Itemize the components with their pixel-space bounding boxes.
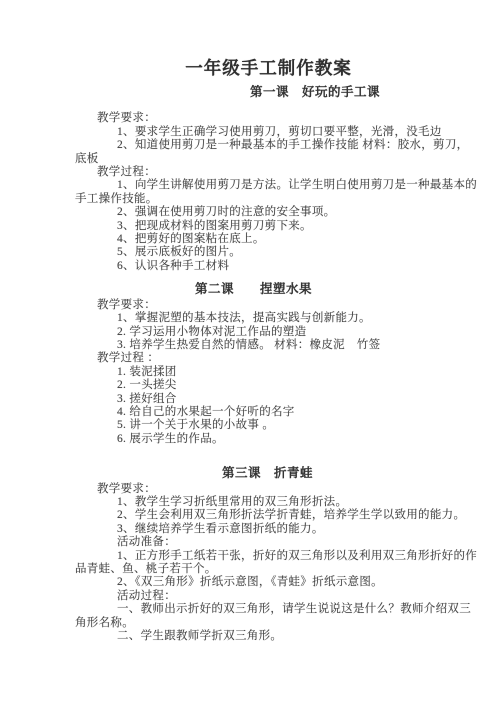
lesson-section: 第一课 好玩的手工课 教学要求：1、要求学生正确学习使用剪刀，剪切口要平整，光滑… [75, 86, 448, 273]
lesson-heading: 第一课 好玩的手工课 [250, 86, 448, 99]
doc-line: 教学过程 ： [75, 352, 448, 365]
doc-line: 品青蛙、鱼、桃子若干个。 [75, 563, 448, 576]
doc-line: 1、要求学生正确学习使用剪刀，剪切口要平整，光滑，没毛边 [75, 126, 448, 139]
doc-line: 1、教学生学习折纸里常用的双三角形折法。 [75, 496, 448, 509]
lesson-section: 第二课 捏塑水果 教学要求：1、掌握泥塑的基本技法，提高实践与创新能力。2. 学… [75, 283, 448, 446]
lesson-lines: 教学要求：1、要求学生正确学习使用剪刀，剪切口要平整，光滑，没毛边2、知道使用剪… [75, 112, 448, 273]
doc-line: 2、学生会利用双三角形折法学折青蛙，培养学生学以致用的能力。 [75, 509, 448, 522]
document-body: 第一课 好玩的手工课 教学要求：1、要求学生正确学习使用剪刀，剪切口要平整，光滑… [75, 86, 448, 643]
lesson-section: 第三课 折青蛙 教学要求：1、教学生学习折纸里常用的双三角形折法。2、学生会利用… [75, 467, 448, 643]
doc-line: 3、把现成材料的图案用剪刀剪下来。 [75, 220, 448, 233]
lesson-heading: 第三课 折青蛙 [222, 467, 448, 480]
document-content: 一年级手工制作教案 第一课 好玩的手工课 教学要求：1、要求学生正确学习使用剪刀… [0, 0, 500, 643]
doc-line: 6、认识各种手工材料 [75, 260, 448, 273]
lesson-lines: 教学要求：1、教学生学习折纸里常用的双三角形折法。2、学生会利用双三角形折法学折… [75, 483, 448, 644]
doc-line: 活动准备： [75, 536, 448, 549]
doc-line: 一、教师出示折好的双三角形，请学生说说这是什么？教师介绍双三 [75, 603, 448, 616]
doc-line: 教学过程： [75, 166, 448, 179]
lesson-lines: 教学要求：1、掌握泥塑的基本技法，提高实践与创新能力。2. 学习运用小物体对泥工… [75, 299, 448, 446]
doc-line: 手工操作技能。 [75, 193, 448, 206]
doc-line: 1、掌握泥塑的基本技法，提高实践与创新能力。 [75, 312, 448, 325]
doc-line: 4. 给自己的水果起一个好听的名字 [75, 406, 448, 419]
doc-line: 3. 培养学生热爱自然的情感。 材料：橡皮泥 竹签 [75, 339, 448, 352]
doc-line: 3、继续培养学生看示意图折纸的能力。 [75, 523, 448, 536]
doc-line: 教学要求： [75, 299, 448, 312]
doc-line: 活动过程： [75, 590, 448, 603]
doc-line: 1. 装泥揉团 [75, 366, 448, 379]
doc-line: 教学要求： [75, 112, 448, 125]
doc-line: 1、正方形手工纸若干张，折好的双三角形以及利用双三角形折好的作 [75, 550, 448, 563]
doc-line: 6. 展示学生的作品。 [75, 433, 448, 446]
document-title: 一年级手工制作教案 [82, 56, 455, 80]
doc-line: 角形名称。 [75, 617, 448, 630]
doc-line: 2、《双三角形》折纸示意图，《青蛙》折纸示意图。 [75, 576, 448, 589]
doc-line: 5、展示底板好的图片。 [75, 246, 448, 259]
document-page: 一年级手工制作教案 第一课 好玩的手工课 教学要求：1、要求学生正确学习使用剪刀… [0, 0, 500, 707]
doc-line: 3. 搓好组合 [75, 393, 448, 406]
doc-line: 2. 学习运用小物体对泥工作品的塑造 [75, 326, 448, 339]
doc-line: 2、强调在使用剪刀时的注意的安全事项。 [75, 206, 448, 219]
doc-line: 教学要求： [75, 483, 448, 496]
doc-line: 2. 一头搓尖 [75, 379, 448, 392]
lesson-heading: 第二课 捏塑水果 [195, 283, 448, 296]
doc-line: 2、知道使用剪刀是一种最基本的手工操作技能 材料：胶水，剪刀， [75, 139, 448, 152]
doc-line: 底板 [75, 153, 448, 166]
doc-line: 二、学生跟教师学折双三角形。 [75, 630, 448, 643]
doc-line: 5. 讲一个关于水果的小故事 。 [75, 419, 448, 432]
doc-line: 1、向学生讲解使用剪刀是方法。让学生明白使用剪刀是一种最基本的 [75, 179, 448, 192]
doc-line: 4、把剪好的图案粘在底上。 [75, 233, 448, 246]
